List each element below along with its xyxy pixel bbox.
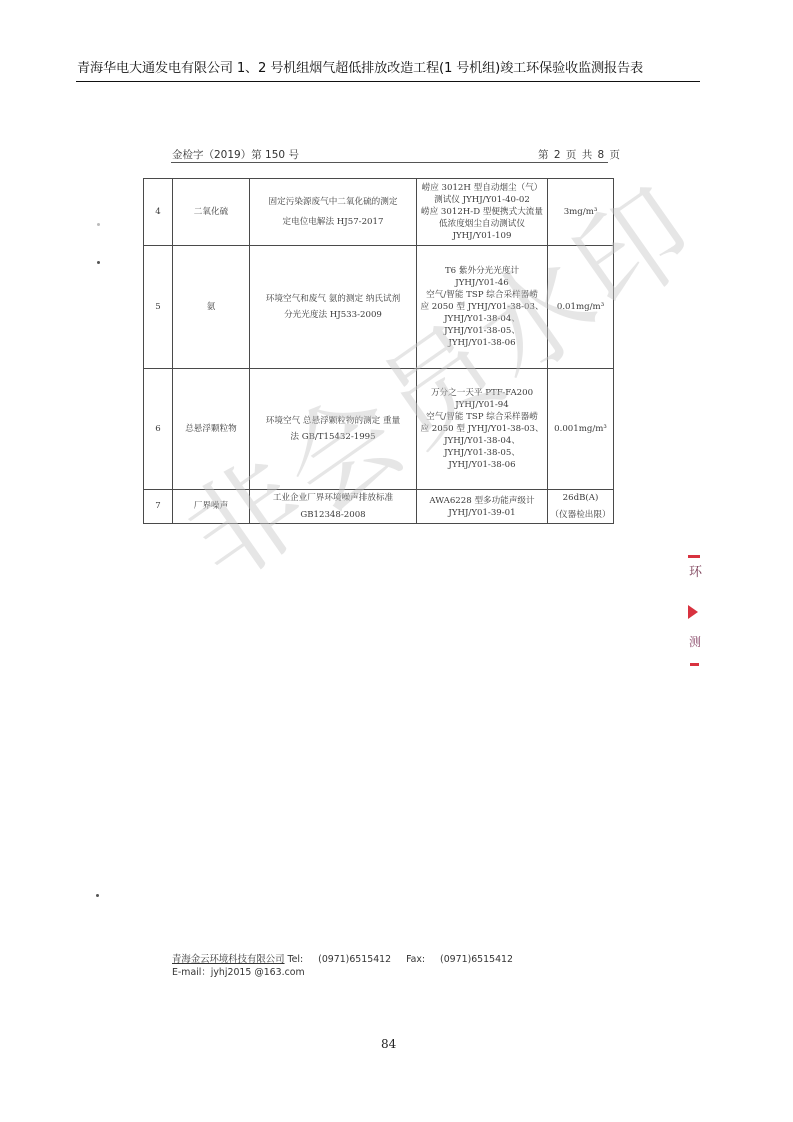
cell-equipment: T6 紫外分光光度计JYHJ/Y01-46空气/智能 TSP 综合采样器崂应 2…: [417, 246, 548, 369]
report-footer-email: E-mail：jyhj2015 @163.com: [172, 964, 305, 978]
scan-speck: [97, 261, 100, 264]
page-header-title: 青海华电大通发电有限公司 1、2 号机组烟气超低排放改造工程(1 号机组)竣工环…: [77, 57, 697, 76]
footer-email: jyhj2015 @163.com: [211, 967, 305, 978]
footer-tel: (0971)6515412: [318, 954, 391, 965]
cell-equipment: 万分之一天平 PTF-FA200JYHJ/Y01-94空气/智能 TSP 综合采…: [417, 369, 548, 490]
cell-detection-limit: 26dB(A)（仪器检出限）: [548, 490, 614, 524]
table-row: 7厂界噪声工业企业厂界环境噪声排放标准GB12348-2008AWA6228 型…: [144, 490, 614, 524]
cell-number: 5: [144, 246, 173, 369]
scan-speck: [96, 894, 99, 897]
cell-item: 厂界噪声: [173, 490, 250, 524]
cell-item: 总悬浮颗粒物: [173, 369, 250, 490]
cell-method: 环境空气和废气 氨的测定 纳氏试剂分光光度法 HJ533-2009: [250, 246, 417, 369]
footer-fax-label: Fax:: [406, 954, 425, 965]
scan-speck: [97, 223, 100, 226]
cell-number: 4: [144, 179, 173, 246]
cell-item: 二氧化硫: [173, 179, 250, 246]
cell-item: 氨: [173, 246, 250, 369]
footer-fax: (0971)6515412: [440, 954, 513, 965]
cell-detection-limit: 3mg/m³: [548, 179, 614, 246]
cell-number: 7: [144, 490, 173, 524]
table-row: 6总悬浮颗粒物环境空气 总悬浮颗粒物的测定 重量法 GB/T15432-1995…: [144, 369, 614, 490]
table-row: 4二氧化硫固定污染源废气中二氧化硫的测定定电位电解法 HJ57-2017崂应 3…: [144, 179, 614, 246]
page-number: 84: [381, 1037, 396, 1051]
monitoring-methods-table: 4二氧化硫固定污染源废气中二氧化硫的测定定电位电解法 HJ57-2017崂应 3…: [143, 178, 614, 524]
report-reference-number: 金检字（2019）第 150 号: [172, 147, 299, 162]
cell-detection-limit: 0.001mg/m³: [548, 369, 614, 490]
cell-method: 工业企业厂界环境噪声排放标准GB12348-2008: [250, 490, 417, 524]
partial-seal-stamp: 环 测: [688, 555, 702, 675]
report-header-divider: [171, 162, 608, 163]
footer-email-label: E-mail：: [172, 967, 211, 978]
cell-method: 固定污染源废气中二氧化硫的测定定电位电解法 HJ57-2017: [250, 179, 417, 246]
table-row: 5氨环境空气和废气 氨的测定 纳氏试剂分光光度法 HJ533-2009T6 紫外…: [144, 246, 614, 369]
report-footer-contact: 青海金云环境科技有限公司 Tel: (0971)6515412 Fax: (09…: [172, 951, 513, 965]
cell-number: 6: [144, 369, 173, 490]
cell-equipment: AWA6228 型多功能声级计JYHJ/Y01-39-01: [417, 490, 548, 524]
cell-detection-limit: 0.01mg/m³: [548, 246, 614, 369]
cell-method: 环境空气 总悬浮颗粒物的测定 重量法 GB/T15432-1995: [250, 369, 417, 490]
cell-equipment: 崂应 3012H 型自动烟尘（气）测试仪 JYHJ/Y01-40-02崂应 30…: [417, 179, 548, 246]
report-page-indicator: 第 2 页 共 8 页: [538, 147, 621, 162]
header-divider: [76, 81, 700, 82]
